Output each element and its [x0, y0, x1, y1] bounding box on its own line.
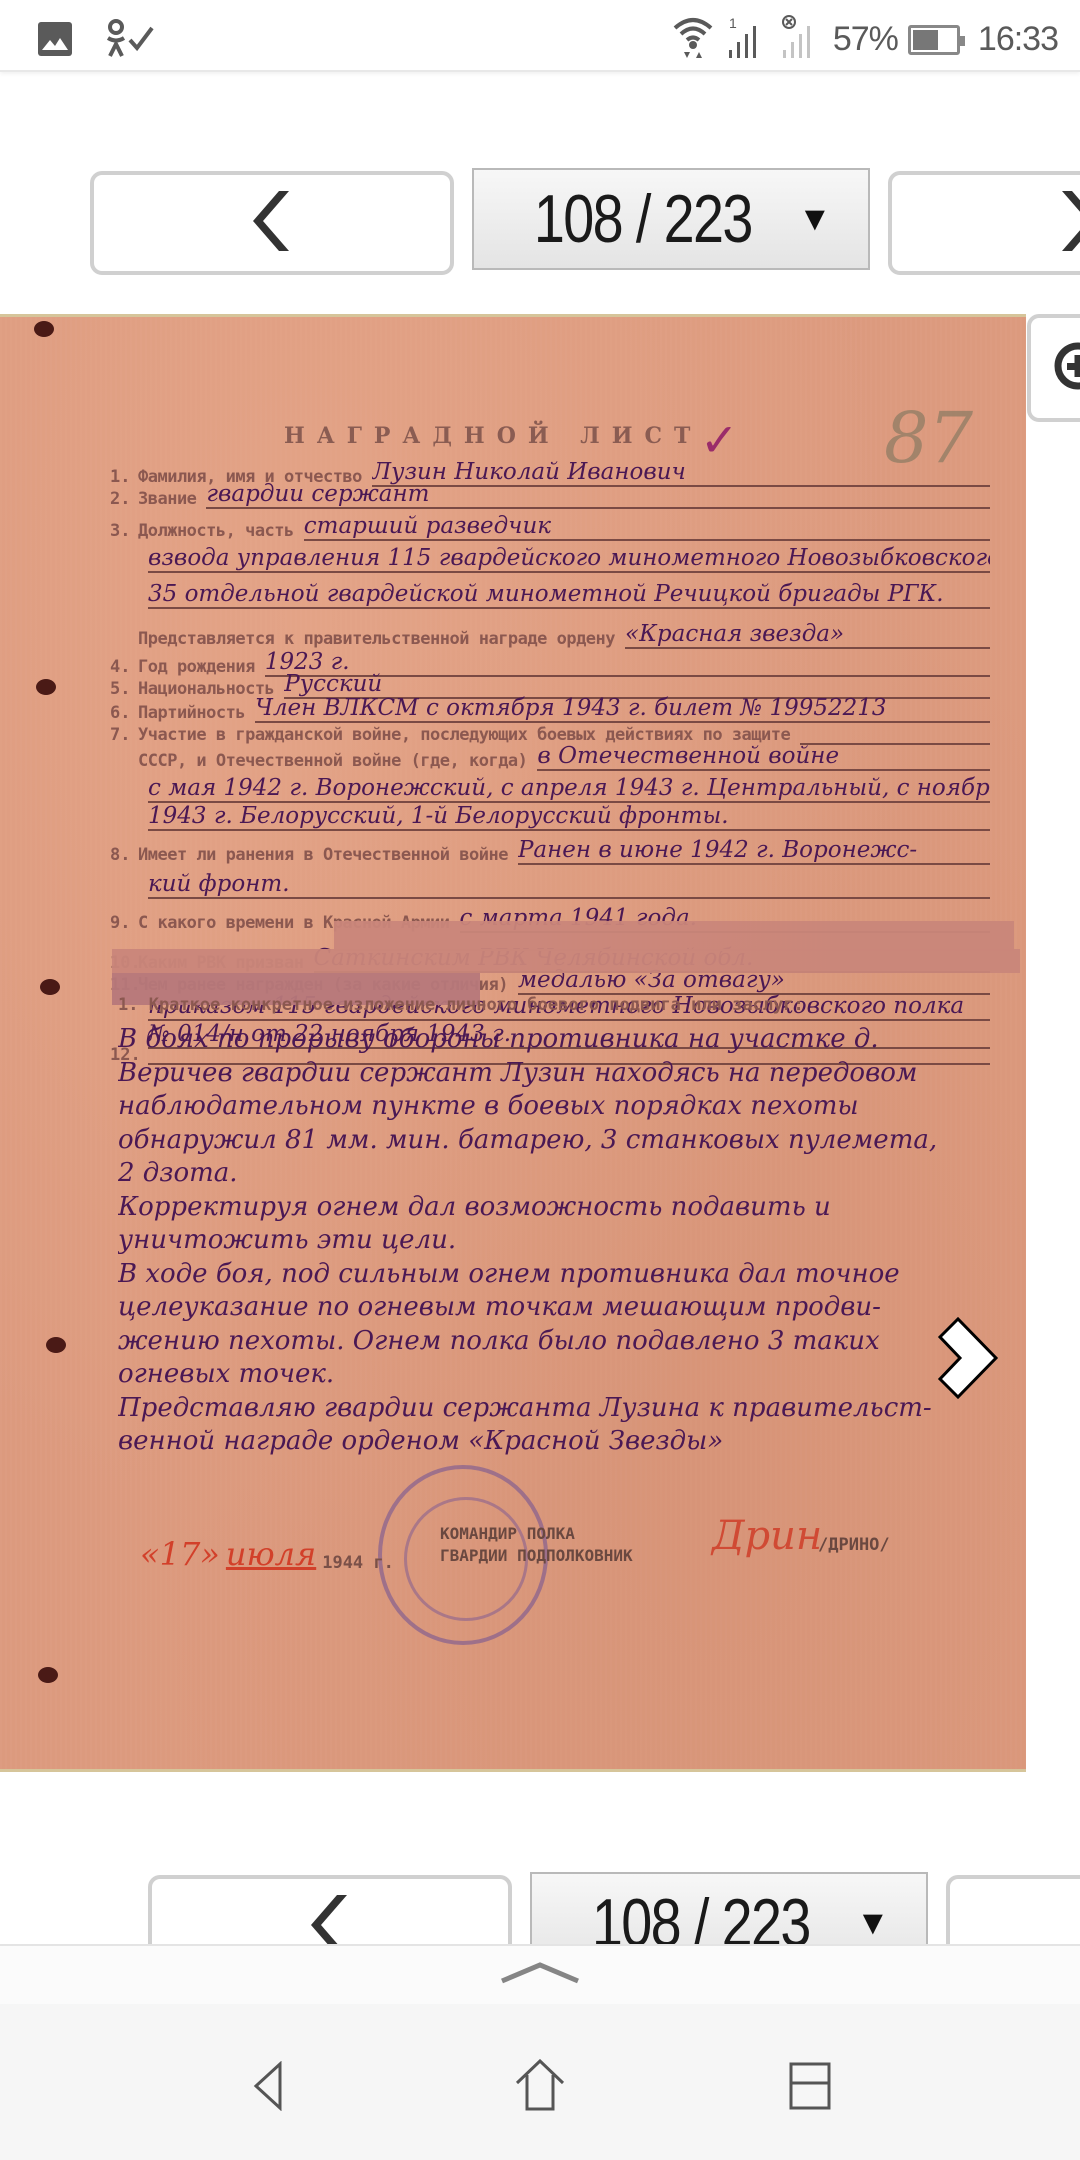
punch-hole	[46, 1337, 66, 1353]
recents-button[interactable]	[770, 2048, 850, 2128]
narrative-line: уничтожить эти цели.	[118, 1224, 1018, 1258]
battery-icon	[908, 25, 960, 55]
clock: 16:33	[978, 20, 1058, 59]
narrative-text: В боях по прорыву обороны противника на …	[118, 1023, 1018, 1459]
status-bar: 1 57% 16:33	[0, 0, 1080, 72]
field-number: 3.	[110, 521, 138, 541]
chevron-right-icon	[1056, 189, 1080, 258]
next-page-button[interactable]	[888, 171, 1080, 275]
zoom-in-button[interactable]	[1027, 314, 1080, 422]
back-button[interactable]	[230, 2048, 310, 2128]
document-title: НАГРАДНОЙ ЛИСТ	[284, 423, 702, 449]
field-number: 9.	[110, 913, 138, 933]
commander-title-line2: ГВАРДИИ ПОДПОЛКОВНИК	[440, 1545, 633, 1567]
pagination-top: 108 / 223 ▼	[0, 168, 1080, 278]
handwritten-signature: Дрин	[712, 1513, 822, 1559]
field-value: старший разведчик	[304, 513, 990, 541]
narrative-line: Веричев гвардии сержант Лузин находясь н…	[118, 1057, 1018, 1091]
wifi-icon	[671, 14, 715, 65]
prev-page-button[interactable]	[90, 171, 454, 275]
chevron-left-icon	[249, 189, 295, 258]
commander-title-line1: КОМАНДИР ПОЛКА	[440, 1523, 633, 1545]
form-field: Представляется к правительственной награ…	[110, 619, 990, 649]
document-image[interactable]: НАГРАДНОЙ ЛИСТ ✓ 87 1.Фамилия, имя и отч…	[0, 314, 1026, 1772]
field-value: в Отечественной войне	[537, 743, 990, 771]
field-value: «Красная звезда»	[625, 621, 990, 649]
field-value: взвода управления 115 гвардейского мином…	[148, 545, 990, 573]
punch-hole	[36, 679, 56, 695]
narrative-line: жению пехоты. Огнем полка было подавлено…	[118, 1325, 1018, 1359]
narrative-line: Корректируя огнем дал возможность подави…	[118, 1191, 1018, 1225]
narrative-line: венной награде орденом «Красной Звезды»	[118, 1425, 1018, 1459]
punch-hole	[40, 979, 60, 995]
narrative-line: В ходе боя, под сильным огнем противника…	[118, 1258, 1018, 1292]
bottom-sheet-handle[interactable]	[0, 1944, 1080, 2004]
back-icon	[250, 2061, 290, 2116]
svg-text:1: 1	[729, 15, 737, 31]
form-field: 1943 г. Белорусский, 1-й Белорусский фро…	[110, 801, 990, 831]
battery-level-fill	[913, 30, 938, 50]
commander-title: КОМАНДИР ПОЛКА ГВАРДИИ ПОДПОЛКОВНИК	[440, 1523, 633, 1567]
page-select[interactable]: 108 / 223 ▼	[472, 168, 870, 270]
zoom-in-icon	[1053, 341, 1080, 396]
narrative-line: обнаружил 81 мм. мин. батарею, 3 станков…	[118, 1124, 1018, 1158]
field-value: с мая 1942 г. Воронежский, с апреля 1943…	[148, 775, 990, 803]
recents-icon	[787, 2061, 833, 2116]
form-field: 3.Должность, частьстарший разведчик	[110, 511, 990, 541]
field-label: Должность, часть	[138, 521, 294, 541]
chevron-right-icon	[936, 1386, 1000, 1403]
field-value: Ранен в июне 1942 г. Воронежс-	[518, 837, 990, 865]
narrative-line: 2 дзота.	[118, 1157, 1018, 1191]
narrative-line: Представляю гвардии сержанта Лузина к пр…	[118, 1392, 1018, 1426]
punch-hole	[34, 321, 54, 337]
battery-percent: 57%	[833, 20, 898, 59]
narrative-line: наблюдательном пункте в боевых порядках …	[118, 1090, 1018, 1124]
form-field: СССР, и Отечественной войне (где, когда)…	[110, 741, 990, 771]
narrative-line: В боях по прорыву обороны противника на …	[118, 1023, 1018, 1057]
home-icon	[513, 2059, 567, 2118]
signal-sim1-icon: 1	[725, 14, 769, 65]
form-field: с мая 1942 г. Воронежский, с апреля 1943…	[110, 773, 990, 803]
next-page-overlay-button[interactable]	[936, 1317, 1000, 1399]
narrative-line: целеуказание по огневым точкам мешающим …	[118, 1291, 1018, 1325]
redaction	[112, 949, 1020, 973]
form-field: 8.Имеет ли ранения в Отечественной войне…	[110, 835, 990, 865]
system-nav-bar	[0, 2004, 1080, 2160]
form-field: 35 отдельной гвардейской минометной Речи…	[110, 579, 990, 609]
dropdown-caret-icon: ▼	[856, 1904, 890, 1943]
punch-hole	[38, 1667, 58, 1683]
redaction	[334, 921, 1014, 951]
date-day: «17»	[140, 1535, 220, 1573]
field-value: 1943 г. Белорусский, 1-й Белорусский фро…	[148, 803, 990, 831]
chevron-up-icon	[500, 1961, 580, 1990]
field-label: Звание	[138, 489, 196, 509]
form-field: 2.Званиегвардии сержант	[110, 479, 990, 509]
field-label: СССР, и Отечественной войне (где, когда)	[138, 751, 527, 771]
narrative-heading: 1. Краткое конкретное изложение личного …	[118, 995, 1018, 1015]
home-button[interactable]	[500, 2048, 580, 2128]
signer-name: /ДРИНО/	[818, 1535, 890, 1555]
narrative-section: 1. Краткое конкретное изложение личного …	[118, 995, 1018, 1459]
form-field: взвода управления 115 гвардейского мином…	[110, 543, 990, 573]
field-number: 8.	[110, 845, 138, 865]
signature-date: «17» июля 1944 г.	[140, 1535, 394, 1573]
dropdown-caret-icon: ▼	[798, 200, 832, 239]
field-label: Имеет ли ранения в Отечественной войне	[138, 845, 508, 865]
signal-sim2-no-service-icon	[779, 14, 823, 65]
field-number: 2.	[110, 489, 138, 509]
field-label: Представляется к правительственной награ…	[138, 629, 615, 649]
odnoklassniki-notification-icon	[104, 18, 156, 65]
gallery-notification-icon	[36, 20, 74, 63]
field-value: 35 отдельной гвардейской минометной Речи…	[148, 581, 990, 609]
field-value: кий фронт.	[148, 871, 990, 899]
date-month: июля	[226, 1535, 316, 1573]
narrative-line: огневых точек.	[118, 1358, 1018, 1392]
form-field: кий фронт.	[110, 869, 990, 899]
page-indicator: 108 / 223	[534, 180, 752, 258]
date-year: 1944 г.	[322, 1553, 394, 1573]
field-value: гвардии сержант	[206, 481, 990, 509]
